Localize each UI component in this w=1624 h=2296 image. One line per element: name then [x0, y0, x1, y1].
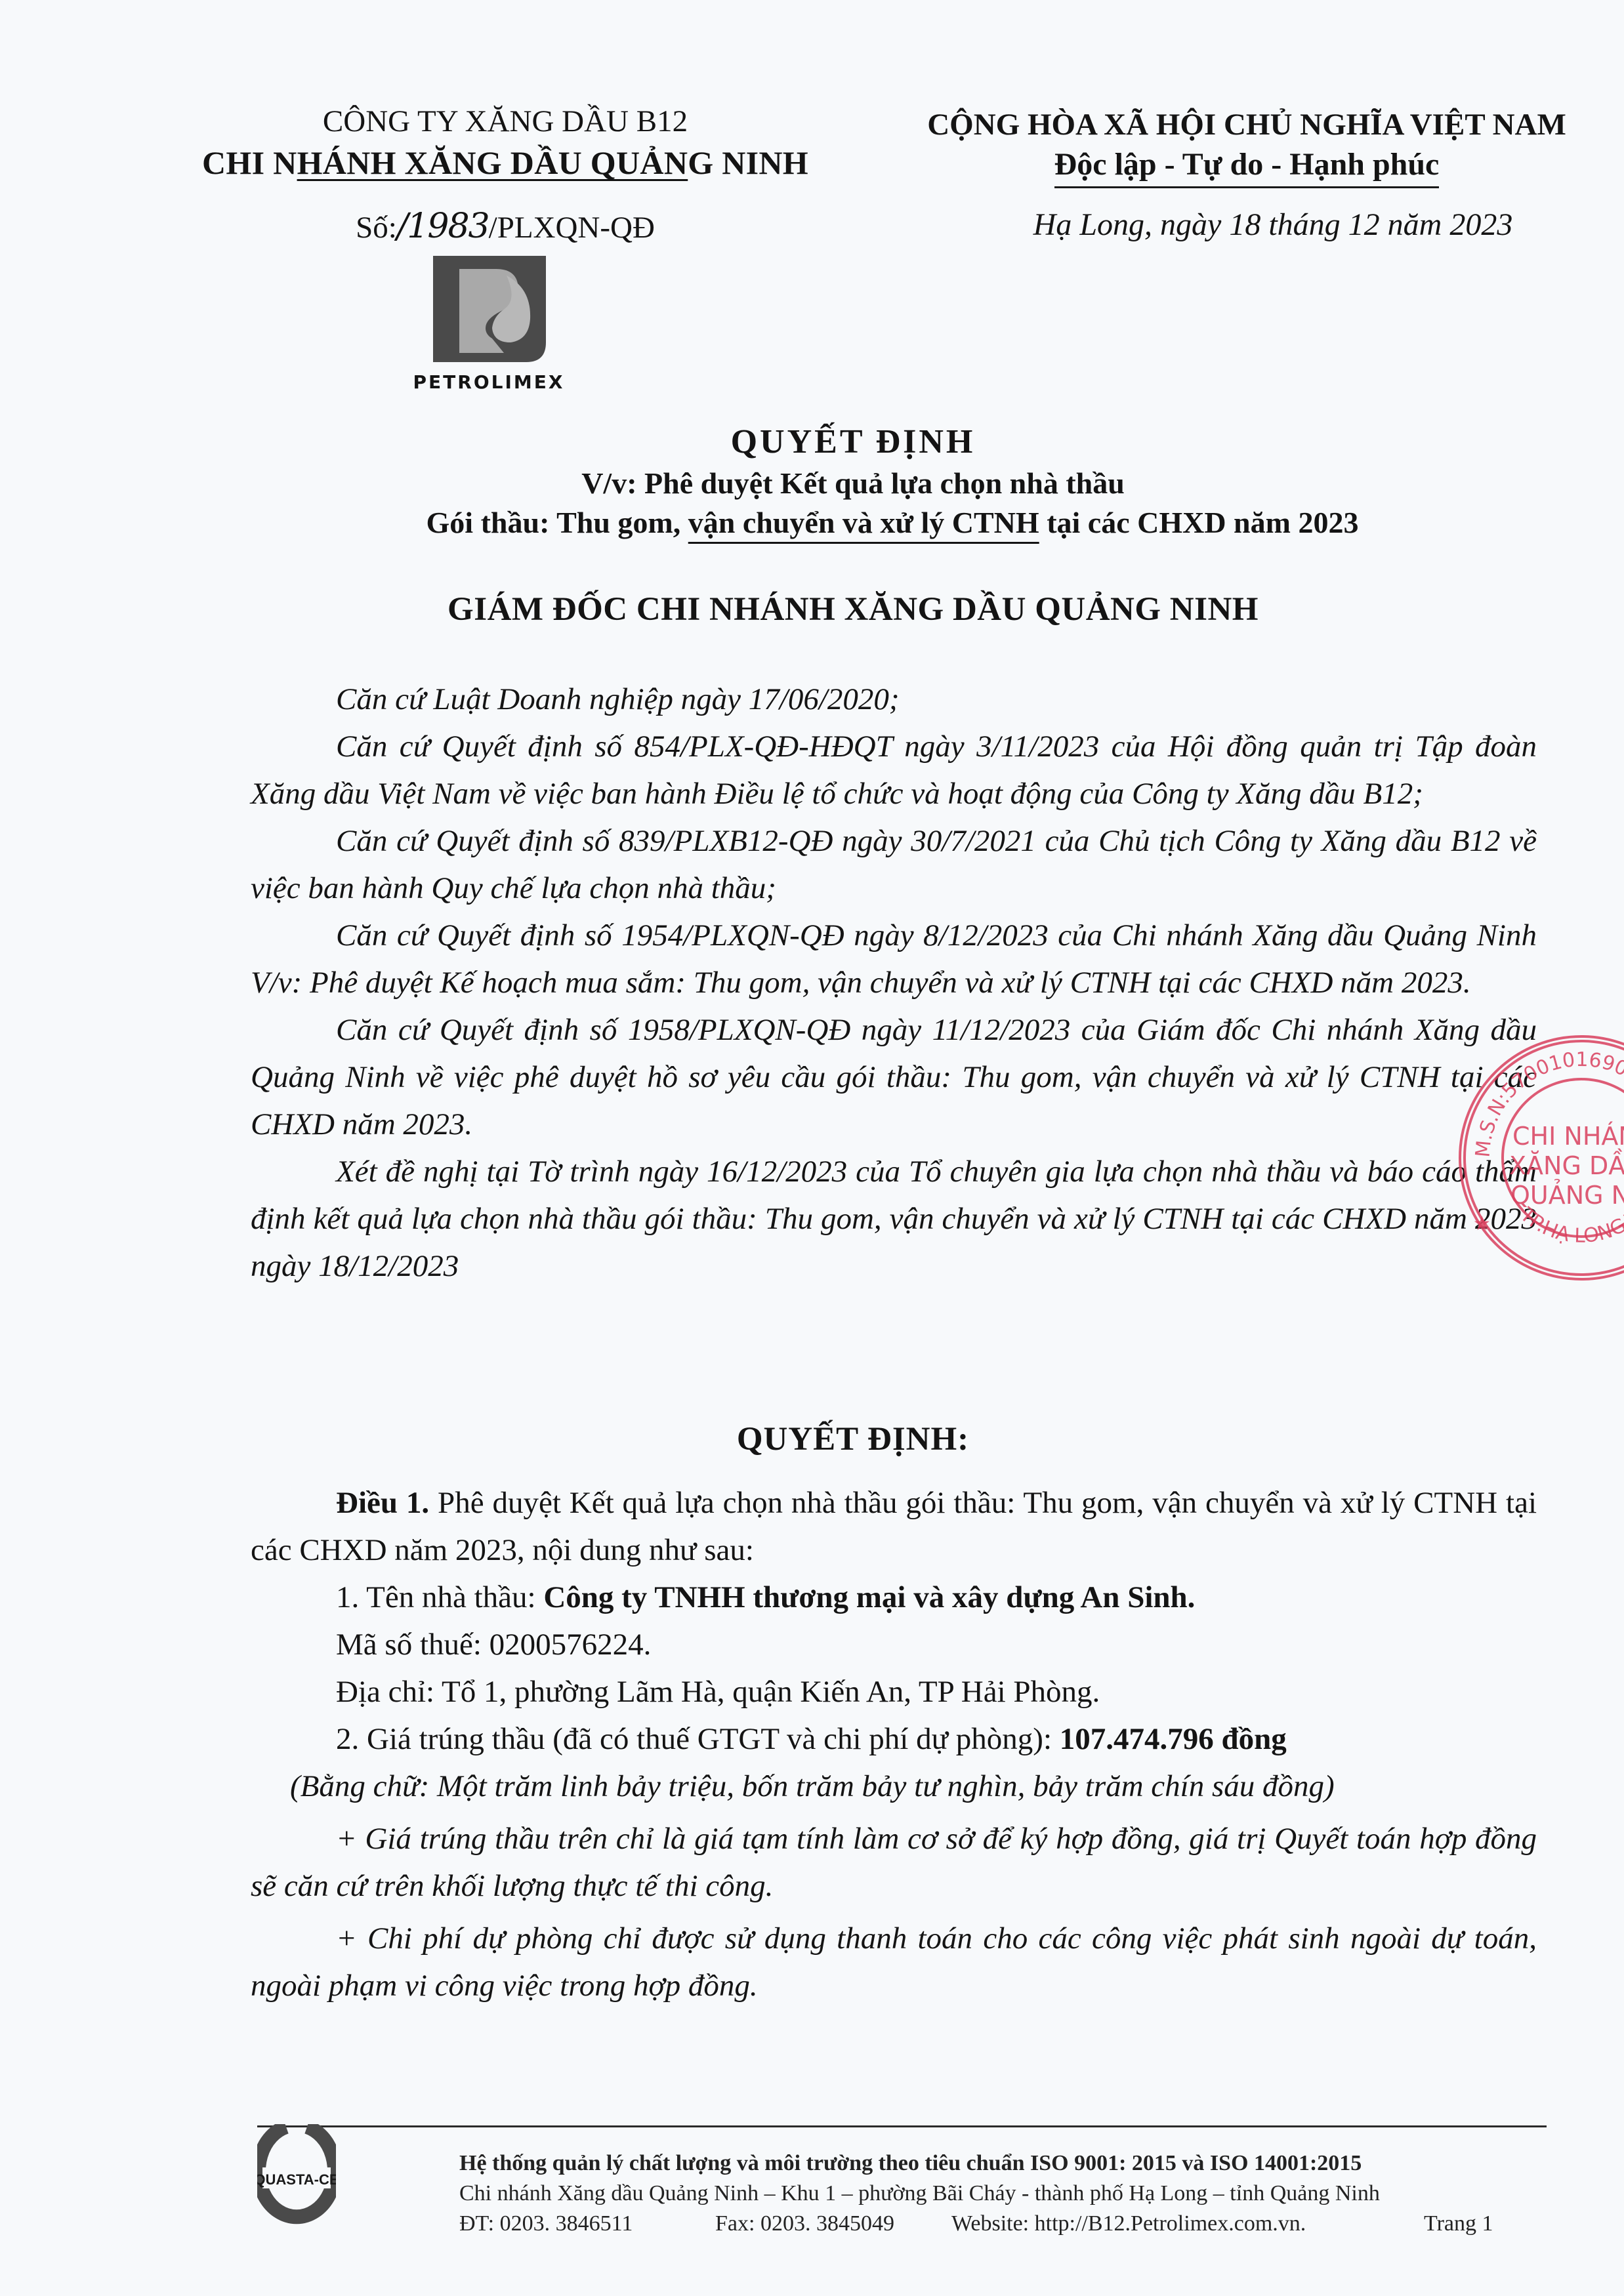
svg-text:QUẢNG NINH: QUẢNG NINH [1510, 1179, 1624, 1210]
legal-basis-4: Căn cứ Quyết định số 1954/PLXQN-QĐ ngày … [251, 912, 1537, 1006]
legal-basis-1: Căn cứ Luật Doanh nghiệp ngày 17/06/2020… [251, 676, 1537, 723]
svg-text:QUASTA-CE: QUASTA-CE [257, 2171, 336, 2188]
quasta-ce-logo-icon: QUASTA-CE [257, 2124, 336, 2230]
price-value: 107.474.796 đồng [1060, 1722, 1287, 1756]
title-main: QUYẾT ĐỊNH [197, 420, 1509, 464]
legal-basis-6: Xét đề nghị tại Tờ trình ngày 16/12/2023… [251, 1148, 1537, 1290]
branch-name: CHI NHÁNH XĂNG DẦU QUẢNG NINH [157, 141, 853, 184]
price-line: 2. Giá trúng thầu (đã có thuế GTGT và ch… [251, 1715, 1537, 1763]
legal-basis-3: Căn cứ Quyết định số 839/PLXB12-QĐ ngày … [251, 817, 1537, 912]
handwritten-number: /1983 [397, 207, 489, 246]
footer-contacts: ĐT: 0203. 3846511 Fax: 0203. 3845049 Web… [459, 2209, 1575, 2239]
footer-address: Chi nhánh Xăng dầu Quảng Ninh – Khu 1 – … [459, 2179, 1575, 2209]
legal-bases: Căn cứ Luật Doanh nghiệp ngày 17/06/2020… [251, 676, 1537, 1290]
footer-website[interactable]: Website: http://B12.Petrolimex.com.vn. [951, 2209, 1424, 2239]
official-red-seal-icon: M.S.N:5700101690-01 TP.HẠ LONG-T.QU CHI … [1444, 1020, 1624, 1296]
legal-basis-5: Căn cứ Quyết định số 1958/PLXQN-QĐ ngày … [251, 1006, 1537, 1148]
contractor-line: 1. Tên nhà thầu: Công ty TNHH thương mại… [251, 1574, 1537, 1621]
note-2: + Chi phí dự phòng chỉ được sử dụng than… [251, 1915, 1537, 2009]
note-1: + Giá trúng thầu trên chỉ là giá tạm tín… [251, 1815, 1537, 1910]
company-name: CÔNG TY XĂNG DẦU B12 [157, 102, 853, 141]
footer-divider [257, 2125, 1547, 2127]
article-1: Điều 1. Phê duyệt Kết quả lựa chọn nhà t… [251, 1479, 1537, 1574]
svg-text:★: ★ [1473, 1212, 1491, 1235]
document-number: Số:/1983/PLXQN-QĐ [157, 207, 853, 246]
title-package: Gói thầu: Thu gom, vận chuyển và xử lý C… [197, 502, 1509, 543]
svg-text:CHI NHÁNH: CHI NHÁNH [1512, 1122, 1624, 1151]
petrolimex-logo-icon [433, 256, 546, 362]
price-in-words: (Bằng chữ: Một trăm linh bảy triệu, bốn … [251, 1763, 1537, 1810]
republic-name: CỘNG HÒA XÃ HỘI CHỦ NGHĨA VIỆT NAM [899, 105, 1594, 144]
legal-basis-2: Căn cứ Quyết định số 854/PLX-QĐ-HĐQT ngà… [251, 723, 1537, 817]
decision-body: Điều 1. Phê duyệt Kết quả lựa chọn nhà t… [251, 1479, 1537, 2009]
national-motto: Độc lập - Tự do - Hạnh phúc [1054, 144, 1440, 188]
svg-text:XĂNG DẦU: XĂNG DẦU [1509, 1149, 1624, 1180]
footer: Hệ thống quản lý chất lượng và môi trườn… [459, 2148, 1575, 2239]
director-heading: GIÁM ĐỐC CHI NHÁNH XĂNG DẦU QUẢNG NINH [197, 590, 1509, 628]
petrolimex-wordmark: PETROLIMEX [400, 371, 577, 393]
national-header: CỘNG HÒA XÃ HỘI CHỦ NGHĨA VIỆT NAM Độc l… [899, 105, 1594, 243]
tax-code-line: Mã số thuế: 0200576224. [251, 1621, 1537, 1668]
issuer-block: CÔNG TY XĂNG DẦU B12 CHI NHÁNH XĂNG DẦU … [157, 102, 853, 246]
address-line: Địa chỉ: Tổ 1, phường Lãm Hà, quận Kiến … [251, 1668, 1537, 1715]
footer-iso: Hệ thống quản lý chất lượng và môi trườn… [459, 2148, 1575, 2179]
place-date: Hạ Long, ngày 18 tháng 12 năm 2023 [899, 207, 1594, 243]
contractor-name: Công ty TNHH thương mại và xây dựng An S… [543, 1580, 1195, 1614]
decision-heading: QUYẾT ĐỊNH: [197, 1420, 1509, 1458]
footer-fax: Fax: 0203. 3845049 [715, 2209, 951, 2239]
footer-phone: ĐT: 0203. 3846511 [459, 2209, 715, 2239]
title-subject: V/v: Phê duyệt Kết quả lựa chọn nhà thầu [197, 464, 1509, 502]
page-number: Trang 1 [1424, 2209, 1493, 2239]
document-title: QUYẾT ĐỊNH V/v: Phê duyệt Kết quả lựa ch… [197, 420, 1509, 543]
